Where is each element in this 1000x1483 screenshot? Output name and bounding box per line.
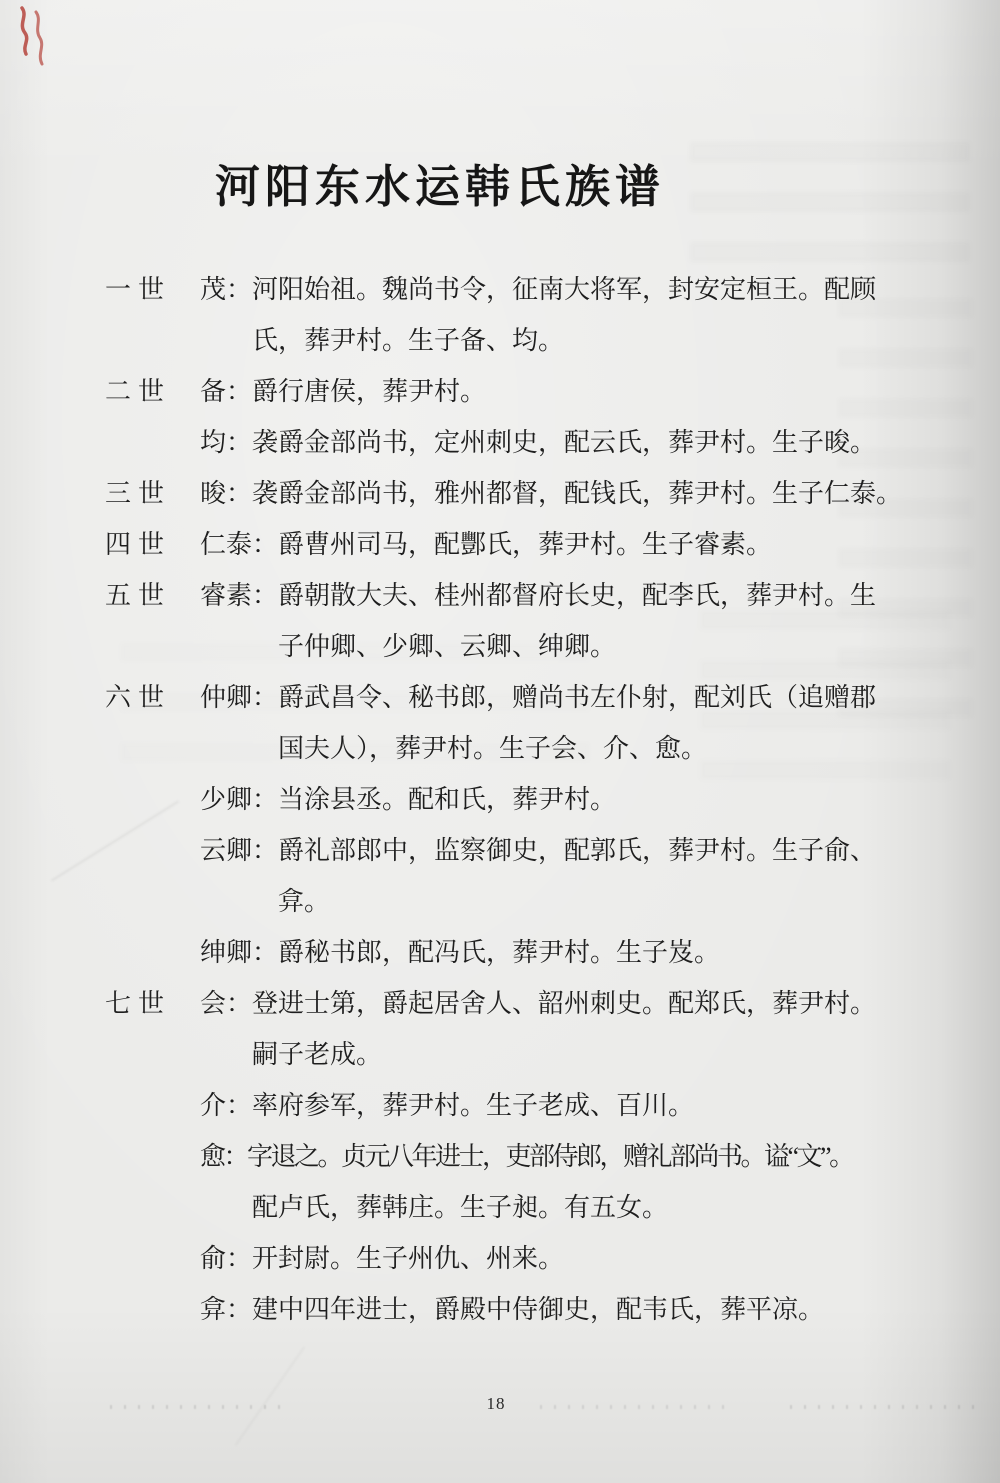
entry-text-line: 配卢氏，葬韩庄。生子昶。有五女。 [200,1182,1000,1233]
person-name: 介： [200,1091,252,1120]
person-name: 弇： [200,1295,252,1324]
genealogy-entry: 介：率府参军，葬尹村。生子老成、百川。 [0,1080,1000,1131]
entry-text-line: 会：登进士第，爵起居舍人、韶州刺史。配郑氏，葬尹村。 [200,978,1000,1029]
entry-text-line: 氏，葬尹村。生子备、均。 [200,315,1000,366]
genealogy-entries: 一世 茂：河阳始祖。魏尚书令，征南大将军，封安定桓王。配顾 氏，葬尹村。生子备、… [0,264,1000,1335]
entry-text-line: 少卿：当涂县丞。配和氏，葬尹村。 [200,774,1000,825]
genealogy-entry: 愈：字退之。贞元八年进士，吏部侍郎，赠礼部尚书。谥“文”。 配卢氏，葬韩庄。生子… [0,1131,1000,1233]
genealogy-entry: 四世 仁泰：爵曹州司马，配酆氏，葬尹村。生子睿素。 [0,519,1000,570]
scanned-page: { "document": { "title": "河阳东水运韩氏族谱", "p… [0,0,1000,1483]
person-name: 绅卿： [200,938,278,967]
generation-label: 七世 [105,978,171,1029]
generation-label: 六世 [105,672,171,723]
person-name: 俞： [200,1244,252,1273]
genealogy-entry: 绅卿：爵秘书郎，配冯氏，葬尹村。生子岌。 [0,927,1000,978]
entry-text-line: 仲卿：爵武昌令、秘书郎，赠尚书左仆射，配刘氏（追赠郡 [200,672,1000,723]
entry-text-line: 俞：开封尉。生子州仇、州来。 [200,1233,1000,1284]
entry-text-line: 茂：河阳始祖。魏尚书令，征南大将军，封安定桓王。配顾 [200,264,1000,315]
genealogy-entry: 七世 会：登进士第，爵起居舍人、韶州刺史。配郑氏，葬尹村。 嗣子老成。 [0,978,1000,1080]
entry-text-line: 睿素：爵朝散大夫、桂州都督府长史，配李氏，葬尹村。生 [200,570,1000,621]
generation-label: 三世 [105,468,171,519]
entry-text: 登进士第，爵起居舍人、韶州刺史。配郑氏，葬尹村。 [252,989,876,1018]
genealogy-entry: 云卿：爵礼部郎中，监察御史，配郭氏，葬尹村。生子俞、 弇。 [0,825,1000,927]
person-name: 备： [200,377,252,406]
genealogy-entry: 弇：建中四年进士，爵殿中侍御史，配韦氏，葬平凉。 [0,1284,1000,1335]
person-name: 会： [200,989,252,1018]
entry-text: 河阳始祖。魏尚书令，征南大将军，封安定桓王。配顾 [252,275,876,304]
entry-text-line: 绅卿：爵秘书郎，配冯氏，葬尹村。生子岌。 [200,927,1000,978]
person-name: 均： [200,428,252,457]
entry-text-line: 备：爵行唐侯，葬尹村。 [200,366,1000,417]
document-title: 河阳东水运韩氏族谱 [0,150,940,212]
genealogy-entry: 均：袭爵金部尚书，定州刺史，配云氏，葬尹村。生子晙。 [0,417,1000,468]
entry-text: 率府参军，葬尹村。生子老成、百川。 [252,1091,694,1120]
entry-text-line: 子仲卿、少卿、云卿、绅卿。 [200,621,1000,672]
genealogy-entry: 六世 仲卿：爵武昌令、秘书郎，赠尚书左仆射，配刘氏（追赠郡 国夫人），葬尹村。生… [0,672,1000,774]
entry-text: 爵朝散大夫、桂州都督府长史，配李氏，葬尹村。生 [278,581,876,610]
entry-text: 爵行唐侯，葬尹村。 [252,377,486,406]
person-name: 仁泰： [200,530,278,559]
entry-text: 爵武昌令、秘书郎，赠尚书左仆射，配刘氏（追赠郡 [278,683,876,712]
entry-text: 爵曹州司马，配酆氏，葬尹村。生子睿素。 [278,530,772,559]
entry-text-line: 云卿：爵礼部郎中，监察御史，配郭氏，葬尹村。生子俞、 [200,825,1000,876]
genealogy-entry: 一世 茂：河阳始祖。魏尚书令，征南大将军，封安定桓王。配顾 氏，葬尹村。生子备、… [0,264,1000,366]
generation-label: 二世 [105,366,171,417]
entry-text: 开封尉。生子州仇、州来。 [252,1244,564,1273]
person-name: 少卿： [200,785,278,814]
entry-text: 袭爵金部尚书，定州刺史，配云氏，葬尹村。生子晙。 [252,428,876,457]
entry-text: 字退之。贞元八年进士，吏部侍郎，赠礼部尚书。谥“文”。 [247,1142,853,1171]
red-pen-marks-icon [12,2,56,86]
entry-text-line: 嗣子老成。 [200,1029,1000,1080]
entry-text-line: 愈：字退之。贞元八年进士，吏部侍郎，赠礼部尚书。谥“文”。 [200,1131,1000,1182]
genealogy-entry: 五世 睿素：爵朝散大夫、桂州都督府长史，配李氏，葬尹村。生 子仲卿、少卿、云卿、… [0,570,1000,672]
genealogy-entry: 二世 备：爵行唐侯，葬尹村。 [0,366,1000,417]
entry-text: 袭爵金部尚书，雅州都督，配钱氏，葬尹村。生子仁泰。 [252,479,902,508]
page-number: 18 [0,1394,996,1414]
entry-text-line: 仁泰：爵曹州司马，配酆氏，葬尹村。生子睿素。 [200,519,1000,570]
person-name: 晙： [200,479,252,508]
genealogy-entry: 三世 晙：袭爵金部尚书，雅州都督，配钱氏，葬尹村。生子仁泰。 [0,468,1000,519]
entry-text: 爵秘书郎，配冯氏，葬尹村。生子岌。 [278,938,720,967]
entry-text-line: 晙：袭爵金部尚书，雅州都督，配钱氏，葬尹村。生子仁泰。 [200,468,1000,519]
generation-label: 一世 [105,264,171,315]
generation-label: 五世 [105,570,171,621]
entry-text-line: 国夫人），葬尹村。生子会、介、愈。 [200,723,1000,774]
entry-text-line: 介：率府参军，葬尹村。生子老成、百川。 [200,1080,1000,1131]
entry-text: 爵礼部郎中，监察御史，配郭氏，葬尹村。生子俞、 [278,836,876,865]
entry-text-line: 弇：建中四年进士，爵殿中侍御史，配韦氏，葬平凉。 [200,1284,1000,1335]
person-name: 仲卿： [200,683,278,712]
person-name: 云卿： [200,836,278,865]
genealogy-entry: 俞：开封尉。生子州仇、州来。 [0,1233,1000,1284]
entry-text: 当涂县丞。配和氏，葬尹村。 [278,785,616,814]
person-name: 茂： [200,275,252,304]
entry-text-line: 弇。 [200,876,1000,927]
entry-text: 建中四年进士，爵殿中侍御史，配韦氏，葬平凉。 [252,1295,824,1324]
person-name: 睿素： [200,581,278,610]
person-name: 愈： [200,1142,247,1171]
genealogy-entry: 少卿：当涂县丞。配和氏，葬尹村。 [0,774,1000,825]
generation-label: 四世 [105,519,171,570]
entry-text-line: 均：袭爵金部尚书，定州刺史，配云氏，葬尹村。生子晙。 [200,417,1000,468]
